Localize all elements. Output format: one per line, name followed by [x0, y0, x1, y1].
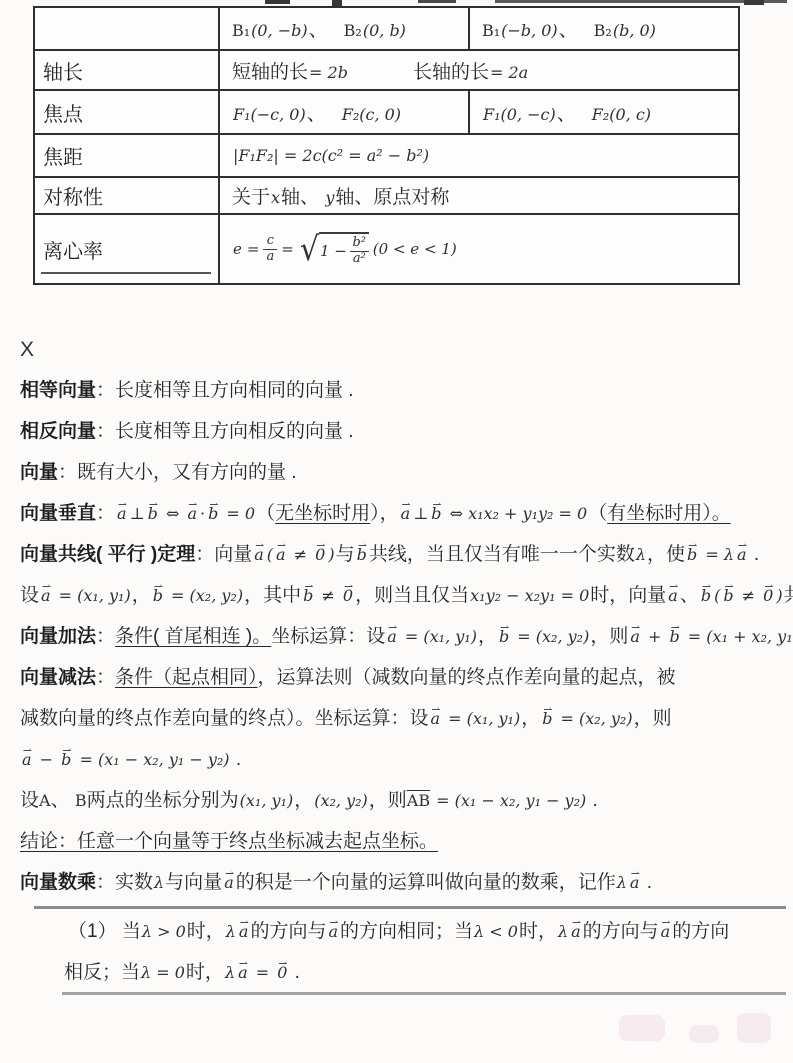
ecc-radicand-pre: 1 − [320, 242, 347, 260]
text-segment: ：长度相等且方向相反的向量 . [96, 421, 354, 442]
text-segment: 0 [313, 534, 327, 575]
ecc-range: (0 < e < 1) [373, 240, 457, 258]
text-segment: 的方向 [672, 921, 729, 942]
text-segment: a [735, 534, 749, 575]
text-segment: 与向量 [165, 872, 222, 893]
text-segment: 共线 . [784, 585, 793, 606]
text-segment: λ [617, 873, 627, 892]
vector-subtraction-line-2: 减数向量的终点作差向量的终点）。坐标运算：设a = (x₁, y₁)，b = (… [20, 698, 788, 739]
text-segment: 相反向量 [20, 421, 96, 442]
ecc-radicand: 1 − b² a² [319, 232, 369, 267]
text-segment: ， [521, 708, 540, 729]
text-segment: （ [588, 503, 607, 524]
text-segment: λ < 0 [474, 922, 518, 941]
text-segment: ( [267, 545, 273, 564]
text-segment: ) [776, 586, 782, 605]
text-segment: a [20, 739, 34, 780]
row-label-symmetry: 对称性 [34, 177, 219, 214]
text-segment: ： [96, 503, 115, 524]
content-lines: X相等向量：长度相等且方向相同的向量 .相反向量：长度相等且方向相反的向量 .向… [20, 330, 788, 993]
text-segment: = (x₁ − x₂, y₁ − y₂) [74, 750, 229, 769]
text-segment: λ > 0 [142, 922, 186, 941]
text-segment: = 0 [221, 504, 255, 523]
text-segment: a [236, 952, 250, 993]
text-segment: 时， [519, 921, 557, 942]
text-segment: (b, 0) [613, 21, 656, 40]
text-segment: = λ [700, 545, 734, 564]
text-segment: 向量减法 [20, 667, 96, 688]
opposite-vectors-line: 相反向量：长度相等且方向相反的向量 . [20, 411, 788, 452]
table-row-vertices: B₁(0, −b)、B₂(0, b) B₁(−b, 0)、B₂(b, 0) [34, 7, 739, 50]
text-segment: b [355, 534, 369, 575]
text-segment: X [20, 338, 34, 361]
text-segment: b [206, 493, 220, 534]
text-segment: λ [636, 545, 646, 564]
text-segment: 向量数乘 [20, 872, 96, 893]
row-label-empty [34, 7, 219, 50]
text-segment: 设 [20, 790, 39, 811]
text-segment: 与 [336, 544, 355, 565]
text-segment: 轴、 [281, 187, 324, 208]
text-segment: a [274, 534, 288, 575]
document-page: B₁(0, −b)、B₂(0, b) B₁(−b, 0)、B₂(b, 0) 轴长… [0, 0, 793, 1063]
text-segment: a [429, 698, 443, 739]
text-segment: F₂(0, c) [592, 105, 651, 124]
ecc-frac2-den: a² [350, 251, 369, 267]
text-segment: 结论：任意一个向量等于终点坐标减去起点坐标。 [20, 831, 438, 852]
text-segment: b [685, 534, 699, 575]
text-segment: 条件（起点相同） [115, 667, 258, 688]
text-segment: . [289, 962, 300, 983]
foci-cell-x-axis: F₁(−c, 0)、F₂(c, 0) [219, 90, 469, 134]
ecc-frac1-den: a [263, 249, 277, 265]
text-segment: 有坐标时用）。 [607, 503, 731, 524]
text-segment: |F₁F₂| = 2c(c² = a² − b²) [233, 146, 429, 165]
text-segment: = (x₂, y₂) [555, 709, 632, 728]
text-segment: . [587, 790, 598, 811]
text-segment: = 2a [490, 63, 528, 82]
section-divider-top [34, 906, 786, 909]
text-segment: （1） 当 [68, 921, 141, 942]
text-segment: A [39, 791, 51, 810]
text-segment: 的方向与 [583, 921, 659, 942]
text-segment: ， [294, 790, 313, 811]
section-heading: X [20, 330, 788, 370]
text-segment: 0 [761, 575, 775, 616]
text-segment: a [628, 862, 642, 903]
text-segment: 条件( 首尾相连 )。 [115, 626, 271, 647]
ecc-frac1-num: c [267, 234, 274, 249]
text-segment: . [641, 872, 652, 893]
text-segment: b [59, 739, 73, 780]
text-segment: ，则 [369, 790, 407, 811]
text-segment: F₁(−c, 0) [233, 105, 306, 124]
text-segment: 向量共线( 平行 )定理 [20, 544, 195, 565]
text-segment: a [222, 862, 236, 903]
row-label-foci: 焦点 [34, 90, 219, 134]
vector-perpendicular-line: 向量垂直：a⊥b ⇔ a·b = 0（无坐标时用），a⊥b ⇔ x₁x₂ + y… [20, 493, 788, 534]
text-segment: B₂ [344, 21, 362, 40]
text-segment: 设 [20, 585, 39, 606]
text-segment: B₁ [482, 21, 500, 40]
text-segment: = (x₂, y₂) [512, 627, 589, 646]
text-segment: λ = 0 [141, 963, 185, 982]
text-segment: 向量垂直 [20, 503, 96, 524]
text-segment: 、 [51, 790, 75, 811]
text-segment: 的积是一个向量的运算叫做向量的数乘，记作 [236, 872, 616, 893]
text-segment: = (x₁, y₁) [54, 586, 131, 605]
text-segment: = (x₂, y₂) [166, 586, 243, 605]
text-segment: b [540, 698, 554, 739]
equal-vectors-line: 相等向量：长度相等且方向相同的向量 . [20, 370, 788, 411]
text-segment: 关于 [232, 187, 270, 208]
text-segment: = (x₁, y₁) [443, 709, 520, 728]
text-segment: （ [256, 503, 275, 524]
text-segment: (x₁, y₁) [240, 791, 294, 810]
table-row-symmetry: 对称性 关于x轴、 y轴、原点对称 [34, 177, 739, 214]
text-segment: 短轴的长 [232, 62, 308, 83]
text-segment: ：长度相等且方向相同的向量 . [96, 380, 354, 401]
text-segment: ，运算法则（减数向量的终点作差向量的起点，被 [258, 667, 676, 688]
text-segment: 轴、原点对称 [335, 187, 449, 208]
text-segment: ≠ [316, 586, 340, 605]
text-segment: ：实数 [96, 872, 153, 893]
text-segment: ≠ [289, 545, 313, 564]
text-segment: a [39, 575, 53, 616]
text-segment: ， [132, 585, 151, 606]
text-segment: = (x₁ + x₂, y₁ + y₂) [683, 627, 793, 646]
text-segment: ，其中 [244, 585, 301, 606]
text-segment: . [231, 749, 242, 770]
table-row-eccentricity: 离心率 e = c a = √ 1 − b² [34, 214, 739, 284]
text-segment: x₁y₂ − x₂y₁ = 0 [470, 586, 589, 605]
points-ab-line: 设A、 B两点的坐标分别为(x₁, y₁)，(x₂, y₂)，则AB = (x₁… [20, 780, 788, 821]
text-segment: ，则当且仅当 [355, 585, 469, 606]
text-segment: = [251, 963, 275, 982]
text-segment: 的方向相同；当 [340, 921, 473, 942]
text-segment: 、 [307, 104, 326, 125]
text-segment: a [399, 493, 413, 534]
text-segment: ：向量 [195, 544, 252, 565]
text-segment: λ [154, 873, 164, 892]
text-segment: ，则 [634, 708, 672, 729]
eccentricity-underline [41, 272, 211, 274]
text-segment: ，使 [647, 544, 685, 565]
ecc-lead: e [233, 240, 242, 258]
text-segment: a [628, 616, 642, 657]
text-segment: a [385, 616, 399, 657]
text-segment: a [326, 911, 340, 952]
text-segment: 相反；当 [64, 962, 140, 983]
text-segment: (0, −b) [251, 21, 307, 40]
ecc-fraction-ca: c a [263, 234, 277, 265]
text-segment: + [643, 627, 667, 646]
text-segment: 减数向量的终点作差向量的终点）。坐标运算：设 [20, 708, 429, 729]
text-segment: a [252, 534, 266, 575]
text-segment: a [569, 911, 583, 952]
text-segment: b [429, 493, 443, 534]
eccentricity-cell: e = c a = √ 1 − b² a² (0 < [219, 214, 739, 284]
text-segment: 时， [186, 962, 224, 983]
text-segment: 向量加法 [20, 626, 96, 647]
vector-addition-line: 向量加法：条件( 首尾相连 )。坐标运算：设a = (x₁, y₁)，b = (… [20, 616, 788, 657]
text-segment: 的方向与 [250, 921, 326, 942]
text-segment: 长轴的长 [413, 62, 489, 83]
ecc-equals-1: = [247, 240, 260, 258]
table-row-axis-length: 轴长 短轴的长= 2b长轴的长= 2a [34, 50, 739, 90]
text-segment: ： [96, 667, 115, 688]
text-segment: ⇔ [161, 504, 185, 523]
text-segment: 0 [341, 575, 355, 616]
text-segment: b [699, 575, 713, 616]
table-row-focal-distance: 焦距 |F₁F₂| = 2c(c² = a² − b²) [34, 134, 739, 177]
row-label-focal-distance: 焦距 [34, 134, 219, 177]
scalar-case-line-2: 相反；当λ = 0时，λa = 0 . [20, 952, 788, 993]
text-segment: 向量 [20, 462, 58, 483]
text-segment: AB [407, 791, 430, 810]
table-row-foci: 焦点 F₁(−c, 0)、F₂(c, 0) F₁(0, −c)、F₂(0, c) [34, 90, 739, 134]
text-segment: ( [714, 586, 720, 605]
text-segment: λ [226, 922, 236, 941]
text-segment: 无坐标时用 [275, 503, 370, 524]
text-segment: 坐标运算：设 [271, 626, 385, 647]
ecc-fraction-b2a2: b² a² [350, 236, 369, 267]
text-segment: λ [225, 963, 235, 982]
text-segment: ：既有大小，又有方向的量 . [58, 462, 297, 483]
text-segment: 0 [275, 952, 289, 993]
eccentricity-label: 离心率 [43, 241, 103, 263]
text-segment: . [749, 544, 760, 565]
text-segment: B₂ [594, 21, 612, 40]
text-segment: F₁(0, −c) [483, 105, 556, 124]
text-segment: b [151, 575, 165, 616]
text-segment: x [271, 188, 280, 207]
ecc-equals-2: = [281, 240, 294, 258]
text-segment: (x₂, y₂) [314, 791, 368, 810]
text-segment: B₁ [232, 21, 250, 40]
text-segment: 、 [680, 585, 699, 606]
text-segment: b [497, 616, 511, 657]
text-segment: b [146, 493, 160, 534]
text-segment: b [667, 616, 681, 657]
vertices-cell-horizontal: B₁(−b, 0)、B₂(b, 0) [469, 7, 739, 50]
text-segment: ⊥ [130, 504, 145, 523]
text-segment: 相等向量 [20, 380, 96, 401]
text-segment: 时， [187, 921, 225, 942]
text-segment: y [325, 188, 334, 207]
ellipse-properties-table: B₁(0, −b)、B₂(0, b) B₁(−b, 0)、B₂(b, 0) 轴长… [33, 6, 740, 285]
scalar-multiplication-line: 向量数乘：实数λ与向量a的积是一个向量的运算叫做向量的数乘，记作λa . [20, 862, 788, 903]
text-segment: ⇔ x₁x₂ + y₁y₂ = 0 [445, 504, 588, 523]
text-segment: ： [96, 626, 115, 647]
text-segment: λ [558, 922, 568, 941]
text-segment: · [200, 504, 205, 523]
text-segment: ≠ [737, 586, 761, 605]
focal-distance-cell: |F₁F₂| = 2c(c² = a² − b²) [219, 134, 739, 177]
text-segment: 、 [309, 20, 328, 41]
text-segment: ⊥ [413, 504, 428, 523]
conclusion-line: 结论：任意一个向量等于终点坐标减去起点坐标。 [20, 821, 788, 862]
text-segment: ， [478, 626, 497, 647]
vertices-cell-vertical: B₁(0, −b)、B₂(0, b) [219, 7, 469, 50]
text-segment: a [185, 493, 199, 534]
text-segment: ，则 [590, 626, 628, 647]
eccentricity-formula: e = c a = √ 1 − b² a² (0 < [232, 232, 738, 267]
symmetry-cell: 关于x轴、 y轴、原点对称 [219, 177, 739, 214]
text-segment: 时，向量 [590, 585, 666, 606]
text-segment: 共线，当且仅当有唯一一个实数 [369, 544, 635, 565]
text-segment: 、 [559, 20, 578, 41]
text-segment: b [721, 575, 735, 616]
vector-subtraction-line-1: 向量减法：条件（起点相同），运算法则（减数向量的终点作差向量的起点，被 [20, 657, 788, 698]
text-segment: F₂(c, 0) [342, 105, 401, 124]
row-label-axis-length: 轴长 [34, 50, 219, 90]
text-segment: − [35, 750, 59, 769]
watermark-smudge [611, 1007, 781, 1053]
section-divider-bottom [62, 992, 786, 995]
axis-length-cell: 短轴的长= 2b长轴的长= 2a [219, 50, 739, 90]
text-segment: (−b, 0) [501, 21, 557, 40]
text-segment: 、 [557, 104, 576, 125]
text-segment: (0, b) [363, 21, 406, 40]
radical-sign: √ [300, 230, 319, 269]
text-segment: = (x₁ − x₂, y₁ − y₂) [431, 791, 586, 810]
text-segment: = 2b [309, 63, 348, 82]
text-segment: 两点的坐标分别为 [87, 790, 239, 811]
text-segment: b [301, 575, 315, 616]
text-segment: ) [328, 545, 334, 564]
ecc-frac2-num: b² [353, 236, 367, 251]
text-segment: = (x₁, y₁) [400, 627, 477, 646]
text-segment: ）， [370, 503, 399, 524]
foci-cell-y-axis: F₁(0, −c)、F₂(0, c) [469, 90, 739, 134]
scalar-case-line-1: （1） 当λ > 0时，λa的方向与a的方向相同；当λ < 0时，λa的方向与a… [20, 911, 788, 952]
text-segment: a [659, 911, 673, 952]
text-segment: B [75, 791, 87, 810]
vector-subtraction-line-3: a − b = (x₁ − x₂, y₁ − y₂) . [20, 739, 788, 780]
row-label-eccentricity: 离心率 [34, 214, 219, 284]
text-segment: a [115, 493, 129, 534]
